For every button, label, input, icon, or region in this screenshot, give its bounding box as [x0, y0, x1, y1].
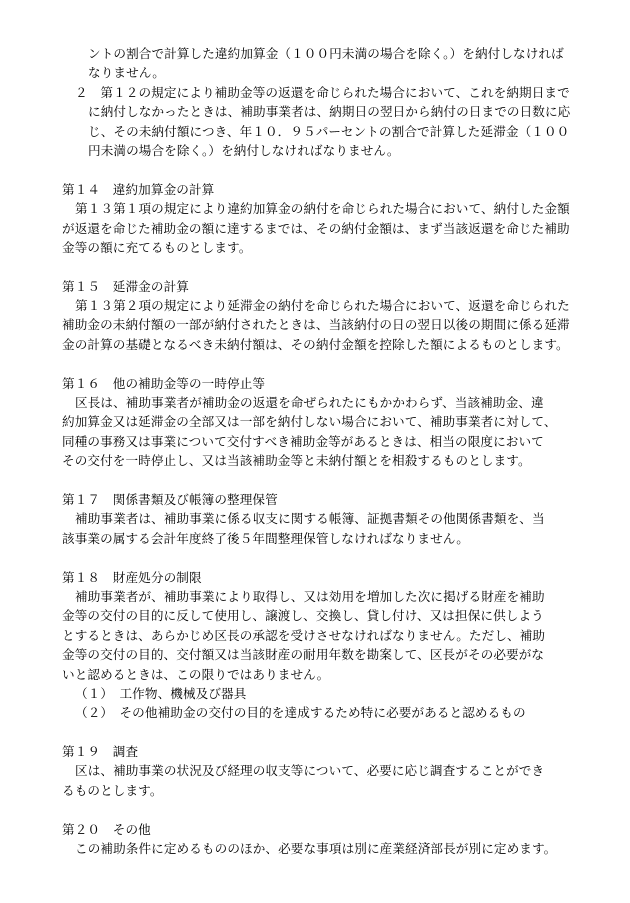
paragraph-line: ントの割合で計算した違約加算金（１００円未満の場合を除く。）を納付しなければ [62, 44, 569, 63]
paragraph-line: 金等の交付の目的、交付額又は当該財産の耐用年数を勘案して、区長がその必要がな [62, 645, 569, 664]
paragraph-line: 円未満の場合を除く。）を納付しなければなりません。 [62, 141, 569, 160]
section-14: 第１４ 違約加算金の計算 第１３第１項の規定により違約加算金の納付を命じられた場… [62, 180, 569, 258]
paragraph-line: 区は、補助事業の状況及び経理の収支等について、必要に応じ調査することができ [62, 761, 569, 780]
item-label: （２） [75, 705, 107, 720]
section-19: 第１９ 調査 区は、補助事業の状況及び経理の収支等について、必要に応じ調査するこ… [62, 742, 569, 800]
section-title: 違約加算金の計算 [113, 182, 215, 197]
spacer [62, 160, 569, 179]
clause-text: 第１２の規定により補助金等の返還を命じられた場合において、これを納期日まで [100, 85, 569, 100]
paragraph-line: に納付しなかったときは、補助事業者は、納期日の翌日から納付の日までの日数に応 [62, 102, 569, 121]
paragraph-line: 同種の事務又は事業について交付すべき補助金等があるときは、相当の限度において [62, 432, 569, 451]
section-heading: 第１４ 違約加算金の計算 [62, 180, 569, 199]
spacer [88, 85, 101, 100]
paragraph-line: 金の計算の基礎となるべき未納付額は、その納付金額を控除した額によるものとします。 [62, 335, 569, 354]
paragraph-line: 金等の交付の目的に反して使用し、譲渡し、交換し、貸し付け、又は担保に供しよう [62, 606, 569, 625]
spacer [62, 257, 569, 276]
section-heading: 第１７ 関係書類及び帳簿の整理保管 [62, 490, 569, 509]
paragraph-line: その交付を一時停止し、又は当該補助金等と未納付額とを相殺するものとします。 [62, 451, 569, 470]
paragraph-line: 約加算金又は延滞金の全部又は一部を納付しない場合において、補助事業者に対して、 [62, 412, 569, 431]
clause-2-first-line: ２ 第１２の規定により補助金等の返還を命じられた場合において、これを納期日まで [62, 83, 569, 102]
section-18: 第１８ 財産処分の制限 補助事業者が、補助事業により取得し、又は効用を増加した次… [62, 568, 569, 723]
section-title: 調査 [113, 744, 138, 759]
section-number: 第１９ [62, 744, 100, 759]
list-item: （２） その他補助金の交付の目的を達成するため特に必要があると認めるもの [62, 703, 569, 722]
section-number: 第１５ [62, 279, 100, 294]
section-heading: 第１６ 他の補助金等の一時停止等 [62, 374, 569, 393]
paragraph-line: 該事業の属する会計年度終了後５年間整理保管しなければなりません。 [62, 529, 569, 548]
section-17: 第１７ 関係書類及び帳簿の整理保管 補助事業者は、補助事業に係る収支に関する帳簿… [62, 490, 569, 548]
section-title: 財産処分の制限 [113, 570, 202, 585]
spacer [62, 548, 569, 567]
section-title: その他 [113, 822, 151, 837]
item-text: 工作物、機械及び器具 [119, 686, 246, 701]
paragraph-line: いと認めるときは、この限りではありません。 [62, 665, 569, 684]
section-16: 第１６ 他の補助金等の一時停止等 区長は、補助事業者が補助金の返還を命ぜられたに… [62, 374, 569, 471]
section-title: 延滞金の計算 [113, 279, 189, 294]
section-heading: 第１８ 財産処分の制限 [62, 568, 569, 587]
paragraph-line: 金等の額に充てるものとします。 [62, 238, 569, 257]
spacer [62, 723, 569, 742]
section-title: 関係書類及び帳簿の整理保管 [113, 492, 278, 507]
spacer [62, 800, 569, 819]
section-number: 第１７ [62, 492, 100, 507]
paragraph-line: 第１３第２項の規定により延滞金の納付を命じられた場合において、返還を命じられた [62, 296, 569, 315]
document-page: ントの割合で計算した違約加算金（１００円未満の場合を除く。）を納付しなければ な… [62, 44, 569, 858]
section-heading: 第２０ その他 [62, 820, 569, 839]
spacer [62, 471, 569, 490]
paragraph-line: 補助金の未納付額の一部が納付されたときは、当該納付の日の翌日以後の期間に係る延滞 [62, 315, 569, 334]
clause-number: ２ [75, 85, 88, 100]
paragraph-line: 区長は、補助事業者が補助金の返還を命ぜられたにもかかわらず、当該補助金、違 [62, 393, 569, 412]
paragraph-line: この補助条件に定めるもののほか、必要な事項は別に産業経済部長が別に定めます。 [62, 839, 569, 858]
paragraph-line: 第１３第１項の規定により違約加算金の納付を命じられた場合において、納付した金額 [62, 199, 569, 218]
section-heading: 第１９ 調査 [62, 742, 569, 761]
paragraph-line: るものとします。 [62, 781, 569, 800]
paragraph-line: 補助事業者は、補助事業に係る収支に関する帳簿、証拠書類その他関係書類を、当 [62, 509, 569, 528]
item-label: （１） [75, 686, 107, 701]
paragraph-line: とするときは、あらかじめ区長の承認を受けさせなければなりません。ただし、補助 [62, 626, 569, 645]
paragraph-line: じ、その未納付額につき、年１０．９５パーセントの割合で計算した延滞金（１００ [62, 122, 569, 141]
section-15: 第１５ 延滞金の計算 第１３第２項の規定により延滞金の納付を命じられた場合におい… [62, 277, 569, 355]
spacer [62, 354, 569, 373]
paragraph-line: 補助事業者が、補助事業により取得し、又は効用を増加した次に掲げる財産を補助 [62, 587, 569, 606]
section-number: 第１６ [62, 376, 100, 391]
list-item: （１） 工作物、機械及び器具 [62, 684, 569, 703]
section-20: 第２０ その他 この補助条件に定めるもののほか、必要な事項は別に産業経済部長が別… [62, 820, 569, 859]
section-number: 第１４ [62, 182, 100, 197]
paragraph-line: なりません。 [62, 63, 569, 82]
paragraph-line: が返還を命じた補助金の額に達するまでは、その納付金額は、まず当該返還を命じた補助 [62, 219, 569, 238]
section-number: 第２０ [62, 822, 100, 837]
clause-13-continuation: ントの割合で計算した違約加算金（１００円未満の場合を除く。）を納付しなければ な… [62, 44, 569, 160]
section-heading: 第１５ 延滞金の計算 [62, 277, 569, 296]
section-number: 第１８ [62, 570, 100, 585]
section-title: 他の補助金等の一時停止等 [113, 376, 265, 391]
item-text: その他補助金の交付の目的を達成するため特に必要があると認めるもの [119, 705, 525, 720]
